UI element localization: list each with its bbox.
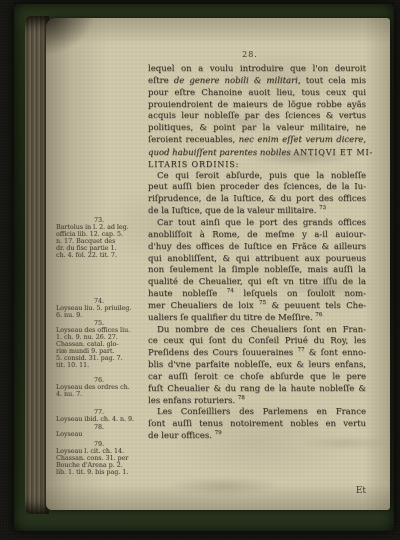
text-line: d'huy des offices de Iuſtice en Frãce & … (148, 242, 366, 254)
text-segment: acquis leur nobleſſe par des ſciences & … (148, 111, 366, 121)
text-segment: ANTIQVI ET MI- (293, 148, 373, 157)
text-segment: peut auſſi bien proceder des ſciences, d… (148, 182, 366, 192)
text-segment: leſquels on ſouloit nom- (234, 289, 366, 299)
margin-note-line: Chassan. catal. glo- (56, 341, 142, 348)
margin-note-line: n. 17. Bacquet des (56, 238, 142, 245)
text-segment: d'huy des offices de Iuſtice en Frãce & … (148, 242, 366, 252)
bleedthrough-smudge (150, 474, 300, 498)
margin-note: 79.Loyseau l. cit. ch. 14.Chassan. cons.… (56, 441, 142, 476)
margin-note-line: Loyseau l. cit. ch. 14. (56, 448, 142, 455)
margin-note-line: Loyseau (56, 431, 142, 438)
margin-note-line: Loyseau des offices liu. (56, 327, 142, 334)
margin-note-line: Chassan. cons. 31. per (56, 455, 142, 462)
text-segment: Du nombre de ces Cheualiers ſont en Fran… (157, 325, 366, 335)
margin-note-line: Bartolus in l. 2. ad leg. (56, 224, 142, 231)
text-line: Preſidens des Cours ſouueraines 77 & ſon… (148, 348, 366, 360)
margin-note-line: Loyseau ibid. ch. 4. n. 9. (56, 416, 142, 423)
text-segment: Preſidens des Cours ſouueraines (148, 348, 297, 358)
text-segment: nec enim eſſet verum dicere, (239, 135, 366, 145)
margin-note-number: 73. (56, 217, 142, 224)
text-line: Car tout ainſi que le port des grands of… (148, 218, 366, 230)
text-segment: les enfans roturiers. (148, 396, 238, 406)
text-segment: Les Conſeilliers des Parlemens en France (157, 407, 366, 417)
text-segment: & peuuent tels Che- (266, 301, 366, 311)
margin-note-line: officia lib. 12. cap. 5. (56, 231, 142, 238)
text-line: les enfans roturiers. 78 (148, 396, 366, 408)
text-segment: 78 (238, 395, 245, 401)
text-line: Les Conſeilliers des Parlemens en France (148, 407, 366, 419)
text-line: eſtre de genere nobili & militari, tout … (148, 76, 366, 88)
text-segment: prouiendroient de maieurs de lõgue robbe… (148, 100, 366, 110)
margin-note: 78.Loyseau (56, 424, 142, 438)
margin-note: 74.Loyseau liu. 5. priuileg.6. nu. 9. (56, 298, 142, 319)
margin-note-number: 76. (56, 377, 142, 384)
paragraph: Car tout ainſi que le port des grands of… (148, 218, 366, 325)
margin-note-line: Bouche d'Arena p. 2. (56, 462, 142, 469)
margin-note-number: 77. (56, 409, 142, 416)
text-line: ſont auſſi tenus notoirement nobles en v… (148, 419, 366, 431)
margin-note-line: ch. 4. fol. 22. tit. 7. (56, 252, 142, 259)
margin-note-line: 1. ch. 9. nu. 26. 27. (56, 334, 142, 341)
margin-note-line: Loyseau des ordres ch. (56, 384, 142, 391)
text-segment: 79 (215, 430, 222, 436)
text-segment: politiques, & point par la valeur milita… (148, 123, 366, 133)
book-scan: 28. 73.Bartolus in l. 2. ad leg.officia … (0, 0, 400, 540)
text-line: pour eſtre Chanoine auoit lieu, tous ceu… (148, 88, 366, 100)
text-line: ualiers ſe qualifier du titre de Meſſire… (148, 313, 366, 325)
text-line: LITARIS ORDINIS: (148, 159, 366, 171)
text-segment: , tout cela mis (298, 76, 366, 86)
text-segment: de leur offices. (148, 431, 215, 441)
margin-note: 76.Loyseau des ordres ch.4. nu. 7. (56, 377, 142, 398)
margin-note-line: dr. du fisc partie 1. (56, 245, 142, 252)
text-line: anobliſſoit à Rome, de meſme y a-il auio… (148, 230, 366, 242)
page-number: 28. (150, 50, 350, 59)
text-line: quod habuiſſent parentes nobiles ANTIQVI… (148, 147, 366, 159)
margin-note: 73.Bartolus in l. 2. ad leg.officia lib.… (56, 217, 142, 259)
text-segment: anobliſſoit à Rome, de meſme y a-il auio… (148, 230, 366, 240)
text-line: de la Iuſtice, que de la valeur militair… (148, 206, 366, 218)
text-line: car auſſi ſeroit ce choſe abſurde que le… (148, 372, 366, 384)
text-segment: 75 (259, 300, 266, 306)
text-line: peut auſſi bien proceder des ſciences, d… (148, 182, 366, 194)
margin-note-line: lib. 1. tit. 9. bis pag. 1. (56, 469, 142, 476)
margin-note-line: 5. consid. 31. pag. 7. (56, 355, 142, 362)
text-segment: ce ceux qui ſont du Conſeil Priué du Roy… (148, 336, 366, 346)
margin-note-number: 79. (56, 441, 142, 448)
margin-note-number: 75. (56, 320, 142, 327)
paragraph: Les Conſeilliers des Parlemens en France… (148, 407, 366, 443)
text-segment: mer Cheualiers de loix (148, 301, 259, 311)
main-text: lequel on a voulu introduire que l'on de… (148, 64, 366, 443)
text-segment: ſeroient receuables, (148, 135, 239, 145)
text-line: non ſeulement la ſimple nobleſſe, mais a… (148, 265, 366, 277)
text-segment: eſtre (148, 76, 174, 86)
text-segment: de la Iuſtice, que de la valeur militair… (148, 206, 319, 216)
text-line: politiques, & point par la valeur milita… (148, 123, 366, 135)
text-segment: 74 (227, 288, 234, 294)
paragraph: Du nombre de ces Cheualiers ſont en Fran… (148, 325, 366, 408)
paragraph: lequel on a voulu introduire que l'on de… (148, 64, 366, 171)
text-line: qualité de Cheualier, qui eſt vn titre i… (148, 277, 366, 289)
text-segment: Car tout ainſi que le port des grands of… (157, 218, 366, 228)
text-segment: blis d'vne parfaite nobleſſe, eux & leur… (148, 360, 366, 370)
margin-note-line: riæ mundi 9. part. (56, 348, 142, 355)
text-line: ſeroient receuables, nec enim eſſet veru… (148, 135, 366, 147)
text-segment: 73 (319, 205, 326, 211)
text-line: mer Cheualiers de loix 75 & peuuent tels… (148, 301, 366, 313)
margin-note-number: 74. (56, 298, 142, 305)
text-segment: Ce qui ſeroit abſurde, puis que la noble… (157, 171, 366, 181)
margin-note-line: Loyseau liu. 5. priuileg. (56, 305, 142, 312)
text-line: riſprudence, de la Iuſtice, & du port de… (148, 194, 366, 206)
text-segment: LITARIS ORDINIS: (148, 160, 239, 169)
text-segment: pour eſtre Chanoine auoit lieu, tous ceu… (148, 88, 366, 98)
text-segment: de genere nobili & militari (174, 76, 298, 86)
margin-note-line: 6. nu. 9. (56, 312, 142, 319)
margin-note-line: tit. 10. 11. (56, 362, 142, 369)
margin-note: 75.Loyseau des offices liu.1. ch. 9. nu.… (56, 320, 142, 369)
text-line: ce ceux qui ſont du Conſeil Priué du Roy… (148, 336, 366, 348)
text-line: qui anobliſſent, & qui attribuent aux po… (148, 254, 366, 266)
text-line: lequel on a voulu introduire que l'on de… (148, 64, 366, 76)
margin-note-line: 4. nu. 7. (56, 391, 142, 398)
text-segment: ſont auſſi tenus notoirement nobles en v… (148, 419, 366, 429)
text-line: fuſt Cheualier & du rang de la haute nob… (148, 384, 366, 396)
catchword: Et (286, 486, 366, 496)
text-segment: ualiers ſe qualifier du titre de Meſſire… (148, 313, 315, 323)
text-segment: fuſt Cheualier & du rang de la haute nob… (148, 384, 366, 394)
paragraph: Ce qui ſeroit abſurde, puis que la noble… (148, 171, 366, 218)
text-segment: non ſeulement la ſimple nobleſſe, mais a… (148, 265, 366, 275)
margin-note: 77.Loyseau ibid. ch. 4. n. 9. (56, 409, 142, 423)
text-segment: haute nobleſſe (148, 289, 227, 299)
text-line: Du nombre de ces Cheualiers ſont en Fran… (148, 325, 366, 337)
text-segment: lequel on a voulu introduire que l'on de… (148, 64, 366, 74)
margin-note-number: 78. (56, 424, 142, 431)
text-segment: qualité de Cheualier, qui eſt vn titre i… (148, 277, 366, 287)
book-page: 28. 73.Bartolus in l. 2. ad leg.officia … (46, 18, 390, 510)
text-line: acquis leur nobleſſe par des ſciences & … (148, 111, 366, 123)
text-line: haute nobleſſe 74 leſquels on ſouloit no… (148, 289, 366, 301)
text-line: prouiendroient de maieurs de lõgue robbe… (148, 100, 366, 112)
text-segment: & ſont enno- (304, 348, 366, 358)
text-segment: qui anobliſſent, & qui attribuent aux po… (148, 254, 366, 264)
text-segment: 76 (315, 312, 322, 318)
text-line: de leur offices. 79 (148, 431, 366, 443)
text-segment: car auſſi ſeroit ce choſe abſurde que le… (148, 372, 366, 382)
text-line: blis d'vne parfaite nobleſſe, eux & leur… (148, 360, 366, 372)
text-segment: quod habuiſſent parentes nobiles (148, 148, 293, 158)
text-segment: riſprudence, de la Iuſtice, & du port de… (148, 194, 366, 204)
text-line: Ce qui ſeroit abſurde, puis que la noble… (148, 171, 366, 183)
